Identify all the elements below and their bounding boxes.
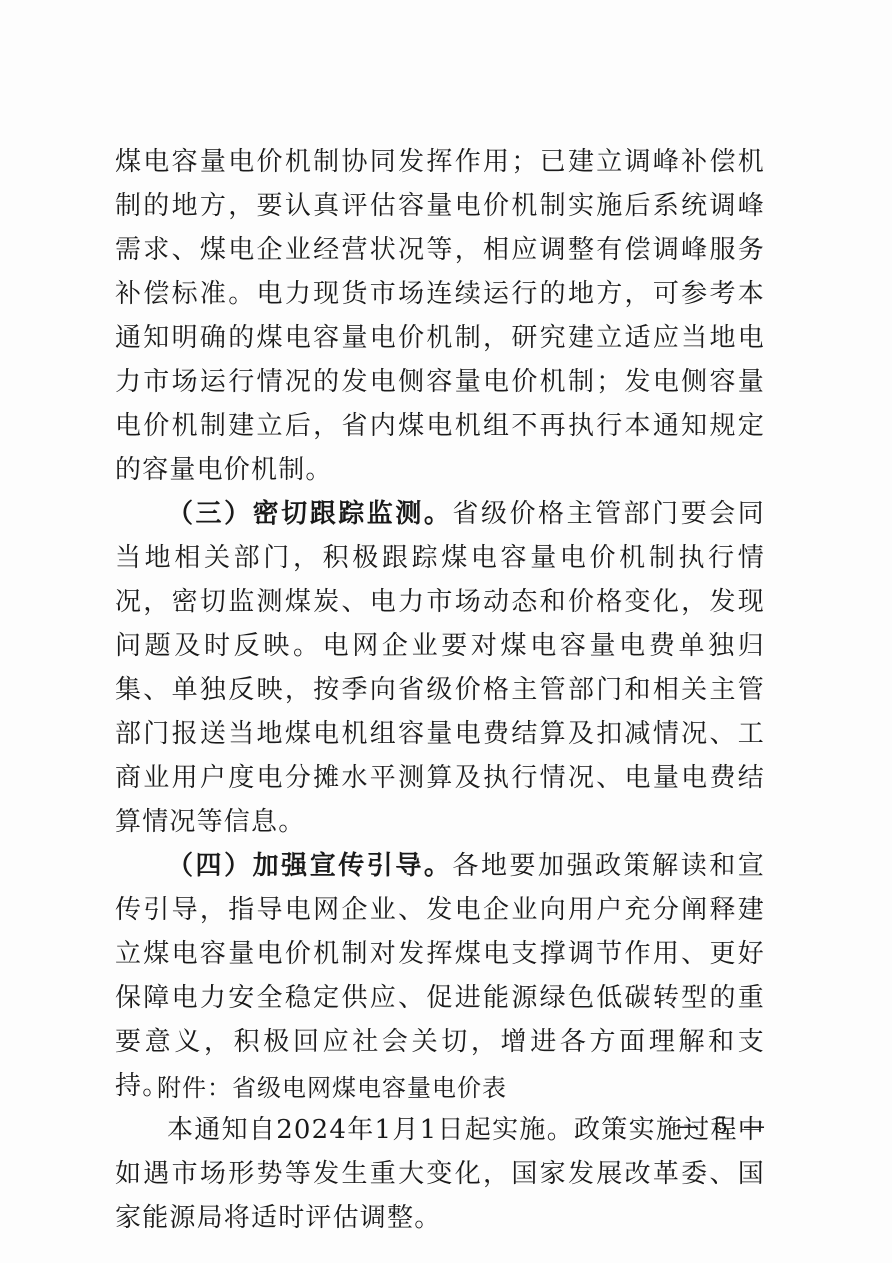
- section-heading: （四）加强宣传引导。: [167, 851, 452, 881]
- attachment-note: 附件：省级电网煤电容量电价表: [157, 1068, 507, 1103]
- paragraph-section-3-monitoring: （三）密切跟踪监测。省级价格主管部门要会同当地相关部门，积极跟踪煤电容量电价机制…: [115, 492, 765, 844]
- page-number: — 5 —: [677, 1114, 769, 1139]
- paragraph-effective-date: 本通知自2024年1月1日起实施。政策实施过程中如遇市场形势等发生重大变化，国家…: [115, 1108, 765, 1240]
- paragraph-text: 各地要加强政策解读和宣传引导，指导电网企业、发电企业向用户充分阐释建立煤电容量电…: [115, 851, 765, 1101]
- paragraph-continuation: 煤电容量电价机制协同发挥作用；已建立调峰补偿机制的地方，要认真评估容量电价机制实…: [115, 140, 765, 492]
- paragraph-text: 煤电容量电价机制协同发挥作用；已建立调峰补偿机制的地方，要认真评估容量电价机制实…: [115, 147, 765, 485]
- section-heading: （三）密切跟踪监测。: [167, 499, 452, 529]
- document-page: 煤电容量电价机制协同发挥作用；已建立调峰补偿机制的地方，要认真评估容量电价机制实…: [0, 0, 892, 1263]
- paragraph-text: 本通知自2024年1月1日起实施。政策实施过程中如遇市场形势等发生重大变化，国家…: [115, 1115, 765, 1233]
- paragraph-text: 省级价格主管部门要会同当地相关部门，积极跟踪煤电容量电价机制执行情况，密切监测煤…: [115, 499, 765, 837]
